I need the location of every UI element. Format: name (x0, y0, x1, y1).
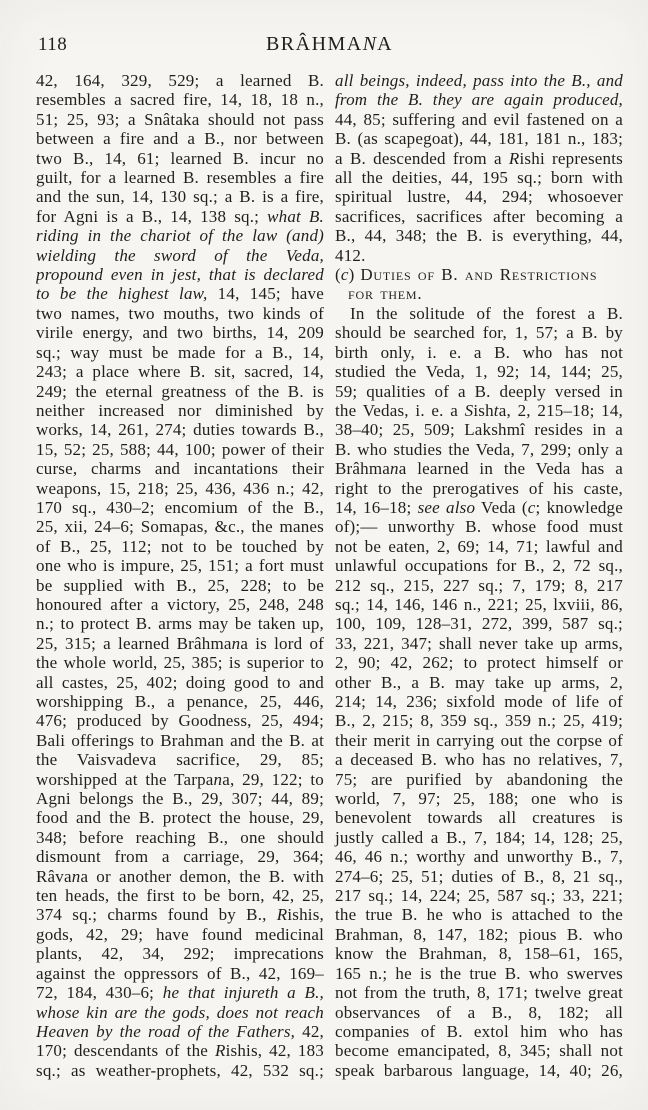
italic-text: R (509, 149, 520, 168)
text-run: 14, 145; have two names, two mouths, two… (36, 284, 324, 652)
smallcaps-text: Duties of B. and Restrictions for them. (348, 265, 597, 303)
italic-text: all beings, indeed, pass into the B., an… (335, 71, 623, 109)
italic-text: c (341, 265, 349, 284)
italic-text: R (277, 905, 288, 924)
page-header: 118 BRÂHMANA (36, 33, 623, 59)
page-number: 118 (38, 34, 67, 56)
page-title: BRÂHMANA (36, 33, 623, 56)
italic-text: n (214, 770, 223, 789)
index-entry-paragraph: all beings, indeed, pass into the B., an… (335, 71, 623, 265)
section-heading: (c) Duties of B. and Restrictions for th… (335, 265, 623, 304)
index-entry-paragraph: In the solitude of the forest a B. shoul… (335, 304, 623, 1083)
text-run: BRÂHMA (266, 33, 363, 55)
book-page: 118 BRÂHMANA 42, 164, 329, 529; a learne… (0, 0, 648, 1110)
text-run: ish (473, 401, 493, 420)
text-run: 42, 164, 329, 529; a learned B. resemble… (36, 71, 324, 226)
italic-text: R (215, 1041, 226, 1060)
italic-text: c (528, 498, 536, 517)
left-column: 42, 164, 329, 529; a learned B. resemble… (36, 71, 324, 1083)
text-columns: 42, 164, 329, 529; a learned B. resemble… (36, 71, 623, 1083)
text-run: a is lord of the whole world, 25, 385; i… (36, 634, 324, 769)
index-entry-paragraph: 42, 164, 329, 529; a learned B. resemble… (36, 71, 324, 1080)
text-run: ) (349, 265, 361, 284)
italic-text: s (100, 750, 107, 769)
text-run: Veda ( (475, 498, 528, 517)
text-run: ; knowledge of);— unworthy B. whose food… (335, 498, 623, 1083)
italic-text: n (390, 459, 399, 478)
right-column: all beings, indeed, pass into the B., an… (335, 71, 623, 1083)
italic-text: see also (418, 498, 476, 517)
text-run: A (377, 33, 393, 55)
italic-text: N (363, 33, 377, 55)
